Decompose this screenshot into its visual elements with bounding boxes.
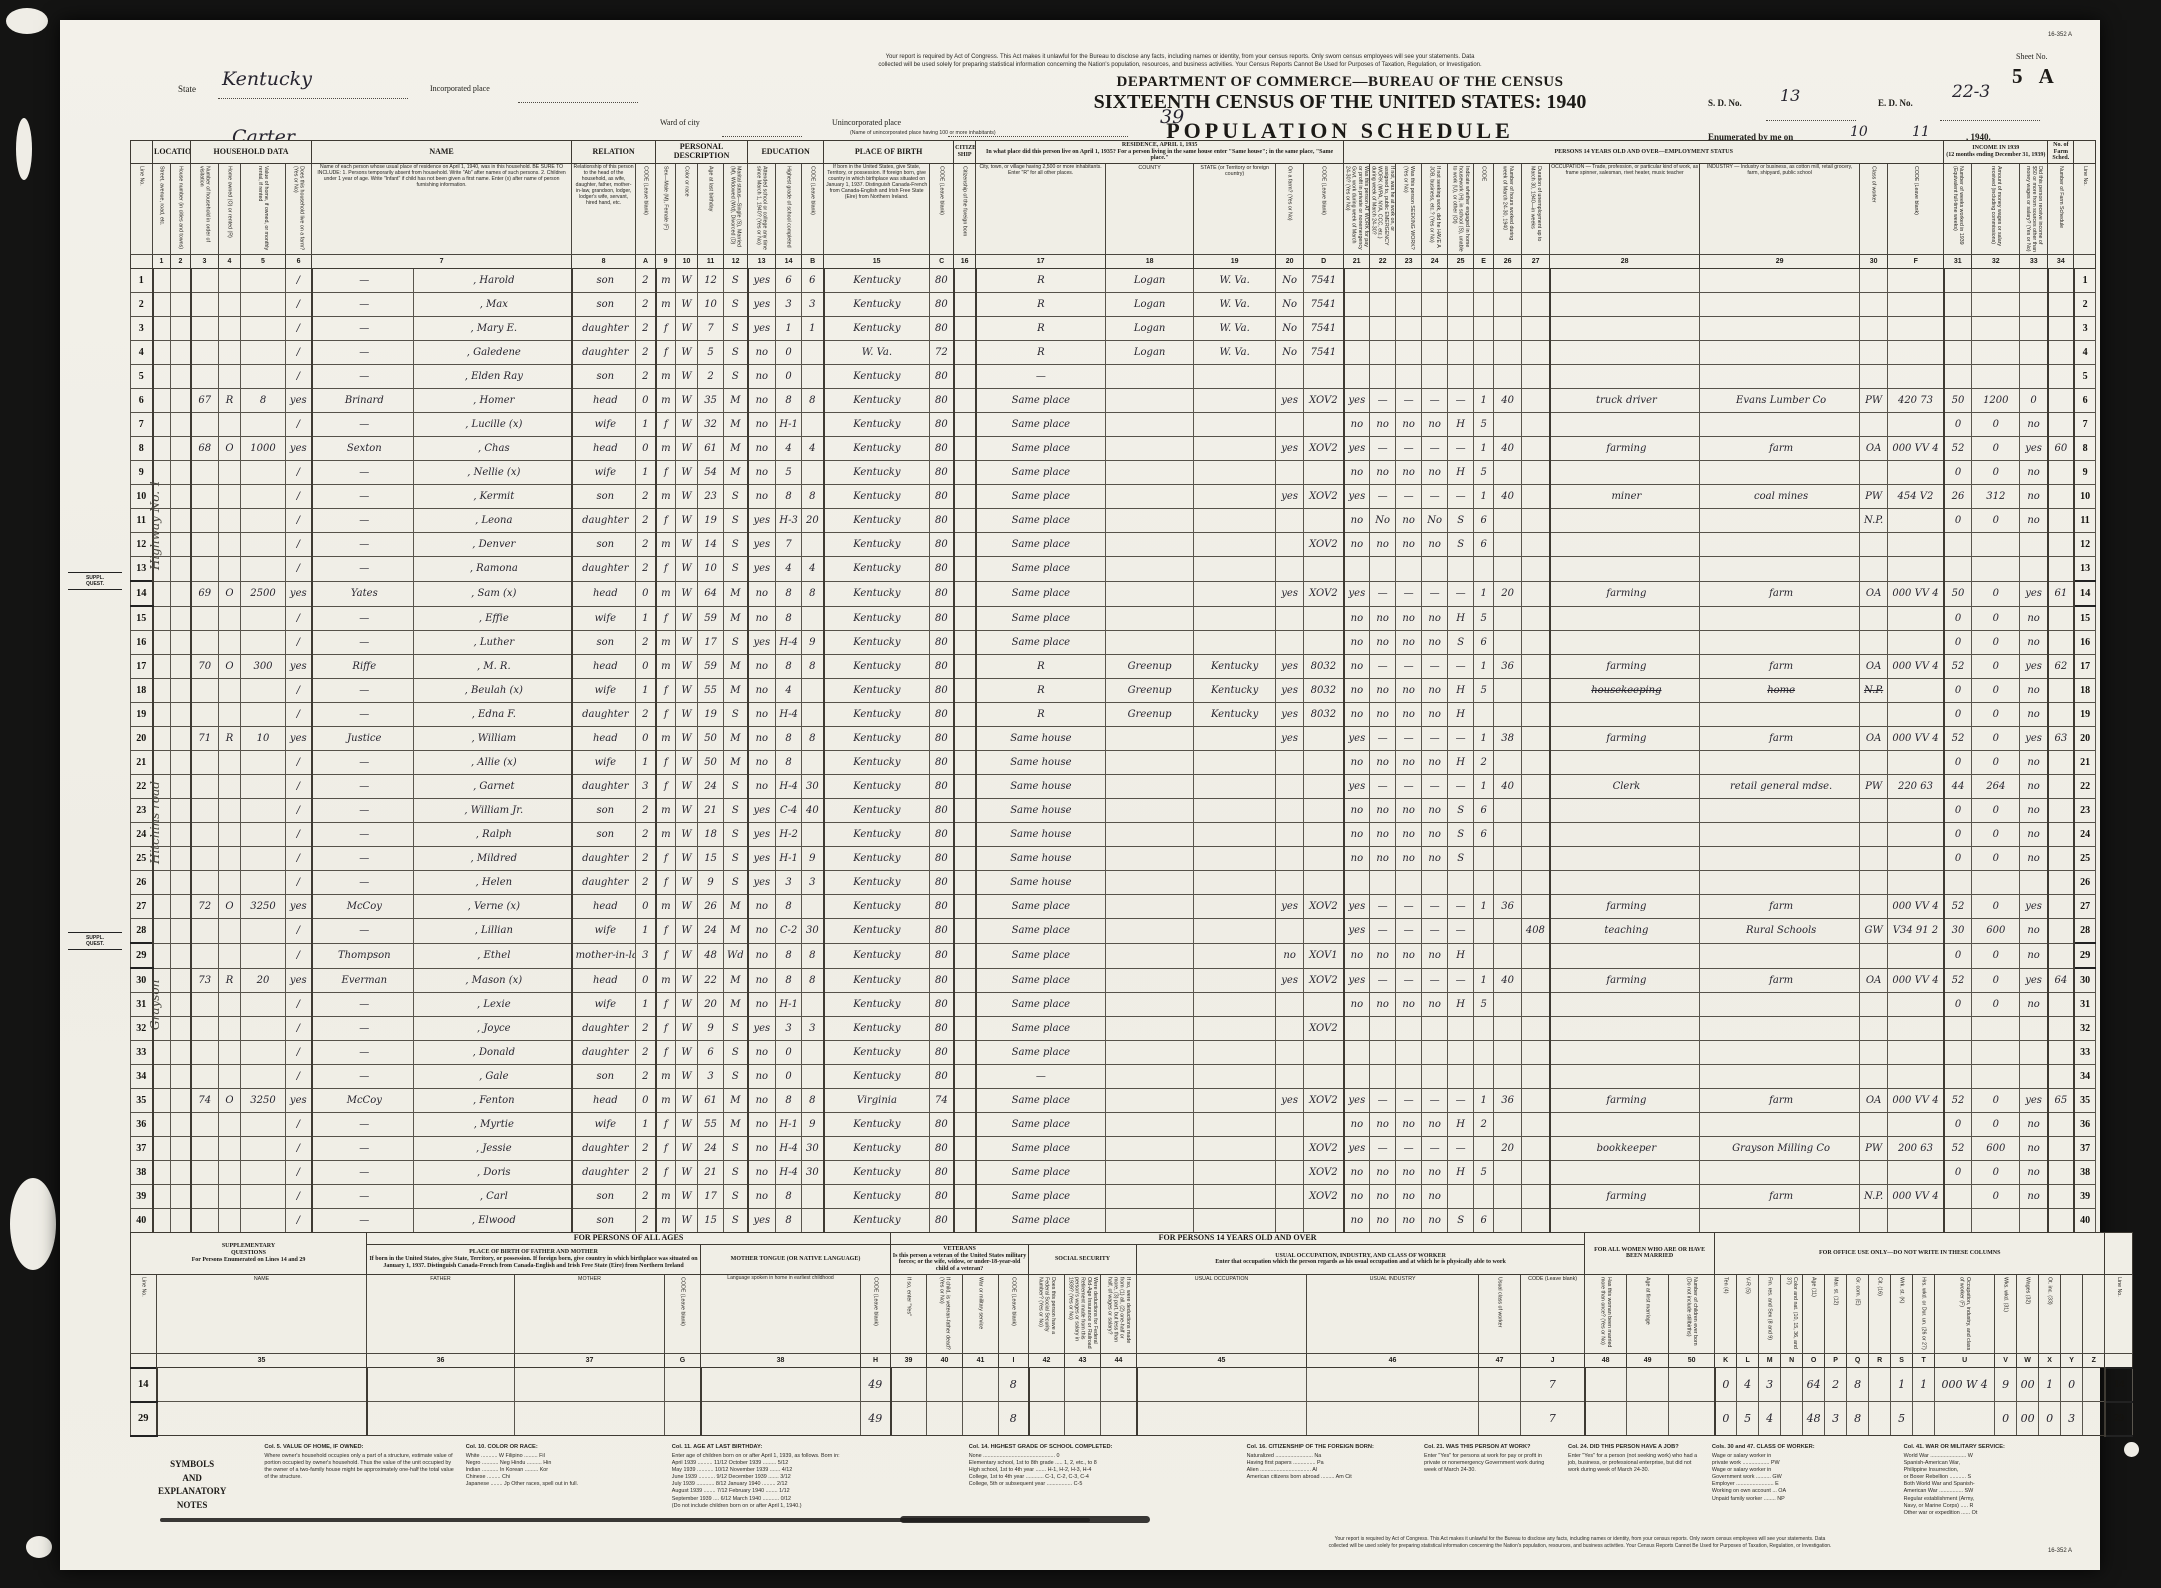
cell-cit — [954, 293, 976, 317]
cell-oth: no — [2020, 775, 2048, 799]
cell-race: W — [676, 679, 698, 703]
cell-ind: home — [1700, 679, 1860, 703]
cell-w2: no — [1370, 751, 1396, 775]
cell-cls: OA — [1860, 727, 1888, 751]
cell-L: 4 — [1737, 1368, 1759, 1402]
cell-cF — [1888, 461, 1944, 485]
cell-hn — [171, 847, 191, 871]
cell-sch: no — [748, 461, 776, 485]
cell-hh — [191, 1209, 219, 1233]
cell-fs — [2048, 1017, 2074, 1041]
cell-cA: 1 — [636, 461, 656, 485]
cell-w5 — [1448, 871, 1474, 895]
cell-oth: no — [2020, 461, 2048, 485]
cell-gr: C-4 — [776, 799, 802, 823]
column-number-c47: 47 — [1479, 1353, 1521, 1368]
cell-cA: 1 — [636, 413, 656, 437]
cell-ind — [1700, 751, 1860, 775]
cell-val — [241, 993, 286, 1017]
cell-cE: 1 — [1474, 581, 1494, 606]
cell-cA: 3 — [636, 775, 656, 799]
cell-res: Same place — [976, 968, 1106, 993]
cell-gr: 8 — [776, 727, 802, 751]
cell-race: W — [676, 1161, 698, 1185]
cell-w4: no — [1422, 847, 1448, 871]
cell-cD — [1304, 751, 1344, 775]
cell-dur — [1522, 365, 1550, 389]
cell-cC: 80 — [930, 823, 954, 847]
cell-w1: no — [1344, 943, 1370, 968]
cell-cA: 2 — [636, 533, 656, 557]
cell-bp: Kentucky — [824, 679, 930, 703]
cell-occ: Clerk — [1550, 775, 1700, 799]
cell-rel: son — [572, 269, 636, 293]
cell-cE: 6 — [1474, 631, 1494, 655]
cell-cD: XOV2 — [1304, 1185, 1344, 1209]
cell-M: 3 — [1759, 1368, 1781, 1402]
cell-w4 — [1422, 341, 1448, 365]
column-number-lnr — [2074, 255, 2096, 269]
cell-fm — [1276, 365, 1304, 389]
cell-cls: PW — [1860, 485, 1888, 509]
column-header-occ: OCCUPATION — Trade, profession, or parti… — [1550, 164, 1700, 255]
cell-w5: H — [1448, 606, 1474, 631]
cell-w3 — [1669, 1402, 1715, 1436]
cell-sur: — — [312, 823, 414, 847]
cell-sch: yes — [748, 871, 776, 895]
column-header-rel: Relationship of this person to the head … — [572, 164, 636, 255]
column-number-o45: 45 — [1137, 1353, 1307, 1368]
cell-sur: McCoy — [312, 1089, 414, 1113]
cell-cF — [1888, 533, 1944, 557]
cell-fs — [2048, 557, 2074, 582]
cell-w1: no — [1344, 823, 1370, 847]
cell-cC: 80 — [930, 1041, 954, 1065]
cell-cB — [802, 413, 824, 437]
cell-w1 — [1585, 1402, 1627, 1436]
cell-giv: , William — [414, 727, 572, 751]
cell-wag — [1972, 293, 2020, 317]
cell-w3: no — [1396, 751, 1422, 775]
cell-sur: — — [312, 1113, 414, 1137]
cell-w3: no — [1396, 847, 1422, 871]
cell-w1: no — [1344, 413, 1370, 437]
cell-sex: m — [656, 533, 676, 557]
cell-cF — [1888, 679, 1944, 703]
cell-cit — [954, 655, 976, 679]
cell-wag — [1972, 1017, 2020, 1041]
census-person-row: 4/—, Galedenedaughter2fW5Sno0W. Va.72RLo… — [131, 341, 2096, 365]
column-number-W: W — [2017, 1353, 2039, 1368]
cell-w3: — — [1396, 727, 1422, 751]
cell-own — [219, 919, 241, 944]
cell-bp: Kentucky — [824, 703, 930, 727]
cell-w5: H — [1448, 751, 1474, 775]
cell-st — [1194, 461, 1276, 485]
cell-cB: 30 — [802, 1161, 824, 1185]
cell-sch: no — [748, 751, 776, 775]
supplementary-row: 294987054483850000329 — [131, 1402, 2133, 1436]
census-person-row: 28/—, Lillianwife1fW24MnoC-230Kentucky80… — [131, 919, 2096, 944]
cell-K: 0 — [1715, 1368, 1737, 1402]
cell-giv: , Joyce — [414, 1017, 572, 1041]
cell-occ: farming — [1550, 1089, 1700, 1113]
cell-hrs — [1494, 1113, 1522, 1137]
column-group — [2105, 1233, 2133, 1275]
cell-giv: , Kermit — [414, 485, 572, 509]
cell-sch: yes — [748, 1209, 776, 1233]
cell-lnr: 20 — [2074, 727, 2096, 751]
cell-cC: 80 — [930, 655, 954, 679]
cell-sex: m — [656, 389, 676, 413]
cell-race: W — [676, 581, 698, 606]
cell-giv: , Mason (x) — [414, 968, 572, 993]
cell-dur — [1522, 775, 1550, 799]
cell-cE: 1 — [1474, 485, 1494, 509]
cell-I: 8 — [999, 1368, 1029, 1402]
column-header-J: CODE (Leave blank) — [1521, 1274, 1585, 1353]
cell-cF — [1888, 1041, 1944, 1065]
cell-race: W — [676, 823, 698, 847]
cell-w3 — [1396, 1065, 1422, 1089]
cell-gr: H-1 — [776, 993, 802, 1017]
cell-c47 — [1479, 1368, 1521, 1402]
column-number-res: 17 — [976, 255, 1106, 269]
cell-fm: no — [1276, 943, 1304, 968]
cell-hn — [171, 871, 191, 895]
cell-ind — [1700, 341, 1860, 365]
cell-sch: no — [748, 1161, 776, 1185]
cell-age: 12 — [698, 269, 724, 293]
cell-cls — [1860, 703, 1888, 727]
cell-fs — [2048, 413, 2074, 437]
cell-cB — [802, 823, 824, 847]
cell-w2 — [1370, 557, 1396, 582]
cell-cF: 420 73 — [1888, 389, 1944, 413]
cell-rel: wife — [572, 1113, 636, 1137]
cell-sur: Justice — [312, 727, 414, 751]
cell-cE: 1 — [1474, 1089, 1494, 1113]
legal-notice-bottom-line1: Your report is required by Act of Congre… — [1200, 1536, 1960, 1542]
cell-farm: / — [286, 679, 312, 703]
explanatory-notes: SYMBOLS AND EXPLANATORY NOTES Col. 5. VA… — [130, 1444, 2095, 1517]
column-number-w5: 25 — [1448, 255, 1474, 269]
cell-bp: Kentucky — [824, 1209, 930, 1233]
cell-wks: 50 — [1944, 389, 1972, 413]
sd-value: 13 — [1780, 86, 1800, 105]
column-number-i46: 46 — [1307, 1353, 1479, 1368]
cell-dur — [1522, 751, 1550, 775]
cell-fm — [1276, 775, 1304, 799]
cell-rel: daughter — [572, 509, 636, 533]
cell-fm: yes — [1276, 1089, 1304, 1113]
cell-fs — [2048, 1065, 2074, 1089]
cell-sex: m — [656, 1089, 676, 1113]
cell-wag: 312 — [1972, 485, 2020, 509]
street-name-grayson: Grayson — [148, 935, 162, 1075]
cell-occ — [1550, 703, 1700, 727]
cell-dur: 408 — [1522, 919, 1550, 944]
cell-sur: — — [312, 919, 414, 944]
cell-w4: — — [1422, 968, 1448, 993]
column-number-sex: 9 — [656, 255, 676, 269]
cell-own — [219, 606, 241, 631]
census-person-row: 12/—, Denverson2mW14Syes7Kentucky80Same … — [131, 533, 2096, 557]
cell-fs — [2048, 1113, 2074, 1137]
column-header-cA: CODE (Leave blank) — [636, 164, 656, 255]
column-number-cB: B — [802, 255, 824, 269]
cell-age: 54 — [698, 461, 724, 485]
cell-wag — [1972, 533, 2020, 557]
cell-sch: no — [748, 919, 776, 944]
cell-age: 9 — [698, 871, 724, 895]
cell-w1: yes — [1344, 581, 1370, 606]
cell-farm: / — [286, 533, 312, 557]
census-title: SIXTEENTH CENSUS OF THE UNITED STATES: 1… — [1040, 91, 1640, 114]
cell-w4: no — [1422, 606, 1448, 631]
form-number-top: 16-352 A — [2048, 32, 2072, 40]
cell-gr: 0 — [776, 365, 802, 389]
cell-sex: m — [656, 365, 676, 389]
cell-cB: 3 — [802, 293, 824, 317]
cell-wks: 50 — [1944, 581, 1972, 606]
cell-cF — [1888, 871, 1944, 895]
cell-occ — [1550, 533, 1700, 557]
cell-cls — [1860, 533, 1888, 557]
cell-wks — [1944, 1185, 1972, 1209]
cell-cA: 2 — [636, 365, 656, 389]
cell-hh — [191, 751, 219, 775]
cell-cE — [1474, 1041, 1494, 1065]
cell-sur: — — [312, 1185, 414, 1209]
cell-w2: no — [1370, 631, 1396, 655]
cell-oth — [2020, 269, 2048, 293]
column-number-race: 10 — [676, 255, 698, 269]
cell-cty — [1106, 993, 1194, 1017]
cell-cD: XOV2 — [1304, 533, 1344, 557]
cell-cE: 1 — [1474, 968, 1494, 993]
cell-st — [1194, 389, 1276, 413]
cell-N — [1781, 1368, 1803, 1402]
cell-w4 — [1422, 1017, 1448, 1041]
cell-hn — [171, 799, 191, 823]
cell-cB: 9 — [802, 847, 824, 871]
cell-w4: no — [1422, 993, 1448, 1017]
cell-ind — [1700, 823, 1860, 847]
cell-ind: farm — [1700, 727, 1860, 751]
cell-race: W — [676, 1209, 698, 1233]
cell-ind — [1700, 606, 1860, 631]
cell-cC: 80 — [930, 581, 954, 606]
cell-fs — [2048, 365, 2074, 389]
cell-gr: 8 — [776, 1089, 802, 1113]
cell-sch: no — [748, 679, 776, 703]
incorporated-place-label: Incorporated place — [430, 84, 490, 93]
cell-cit — [954, 1089, 976, 1113]
cell-hrs — [1494, 1041, 1522, 1065]
column-header-w3: Number of children ever born (Do not inc… — [1669, 1274, 1715, 1353]
cell-w3 — [1669, 1368, 1715, 1402]
column-number-cF: F — [1888, 255, 1944, 269]
cell-ind — [1700, 799, 1860, 823]
cell-fs — [2048, 293, 2074, 317]
cell-cA: 3 — [636, 943, 656, 968]
cell-hn — [171, 1209, 191, 1233]
cell-gr: 8 — [776, 895, 802, 919]
cell-mar: S — [724, 1161, 748, 1185]
cell-gr: 3 — [776, 1017, 802, 1041]
cell-s3 — [1101, 1402, 1137, 1436]
cell-mo — [515, 1402, 665, 1436]
cell-sur: — — [312, 485, 414, 509]
cell-cF: 000 VV 4 — [1888, 1089, 1944, 1113]
cell-cls — [1860, 631, 1888, 655]
cell-giv: , Lucille (x) — [414, 413, 572, 437]
cell-sex: f — [656, 317, 676, 341]
cell-cF — [1888, 1113, 1944, 1137]
cell-v3 — [963, 1402, 999, 1436]
cell-cls: OA — [1860, 968, 1888, 993]
enumeration-day: 10 — [1850, 124, 1868, 140]
cell-hn — [171, 1089, 191, 1113]
cell-w3: — — [1396, 968, 1422, 993]
cell-w4: no — [1422, 461, 1448, 485]
cell-res: Same place — [976, 919, 1106, 944]
column-header-fs: Number of Farm Schedule — [2048, 164, 2074, 255]
cell-w1: yes — [1344, 727, 1370, 751]
street-name-hitchins: Hitchins road — [148, 720, 162, 925]
cell-cF — [1888, 993, 1944, 1017]
cell-w5 — [1448, 269, 1474, 293]
cell-fm: yes — [1276, 655, 1304, 679]
scan-artifact — [16, 118, 32, 180]
cell-lnr: 32 — [2074, 1017, 2096, 1041]
cell-w1 — [1344, 341, 1370, 365]
cell-cit — [954, 437, 976, 461]
cell-hh — [191, 943, 219, 968]
cell-wag: 0 — [1972, 437, 2020, 461]
column-header-H: CODE (Leave blank) — [861, 1274, 891, 1353]
column-number-hn: 2 — [171, 255, 191, 269]
cell-race: W — [676, 437, 698, 461]
cell-wks: 0 — [1944, 799, 1972, 823]
cell-cA: 2 — [636, 485, 656, 509]
cell-wks: 0 — [1944, 413, 1972, 437]
cell-res: Same place — [976, 1209, 1106, 1233]
cell-cit — [954, 509, 976, 533]
cell-cD — [1304, 1209, 1344, 1233]
cell-bp: Kentucky — [824, 727, 930, 751]
cell-w1: no — [1344, 993, 1370, 1017]
cell-w1: no — [1344, 533, 1370, 557]
cell-race: W — [676, 269, 698, 293]
scanned-census-page: 16-352 A Your report is required by Act … — [0, 0, 2161, 1588]
cell-hrs: 20 — [1494, 581, 1522, 606]
cell-w4: no — [1422, 943, 1448, 968]
cell-hrs — [1494, 703, 1522, 727]
cell-st — [1194, 1137, 1276, 1161]
cell-fs — [2048, 993, 2074, 1017]
cell-cB: 8 — [802, 727, 824, 751]
cell-oth — [2020, 1065, 2048, 1089]
cell-hrs — [1494, 679, 1522, 703]
cell-w1 — [1344, 1065, 1370, 1089]
cell-bp: Kentucky — [824, 293, 930, 317]
cell-wag: 0 — [1972, 895, 2020, 919]
cell-bp: Kentucky — [824, 317, 930, 341]
column-header-V: Wks. wkd. (31) — [1995, 1274, 2017, 1353]
cell-cA: 2 — [636, 557, 656, 582]
cell-cA: 1 — [636, 751, 656, 775]
cell-race: W — [676, 727, 698, 751]
cell-cit — [954, 919, 976, 944]
cell-cls — [1860, 943, 1888, 968]
cell-cC: 80 — [930, 993, 954, 1017]
cell-rel: daughter — [572, 341, 636, 365]
cell-bp: Kentucky — [824, 968, 930, 993]
note-block-8: Cols. 30 and 47. CLASS OF WORKER:Wage or… — [1712, 1444, 1894, 1517]
cell-cC: 74 — [930, 1089, 954, 1113]
cell-hh — [191, 461, 219, 485]
cell-cC: 80 — [930, 437, 954, 461]
cell-w1: no — [1344, 1185, 1370, 1209]
cell-cit — [954, 317, 976, 341]
cell-cC: 80 — [930, 485, 954, 509]
cell-st: W. Va. — [1194, 269, 1276, 293]
cell-fs — [2048, 631, 2074, 655]
cell-sur: — — [312, 341, 414, 365]
cell-cC: 80 — [930, 727, 954, 751]
column-number-X: X — [2039, 1353, 2061, 1368]
column-group: RELATION — [572, 141, 656, 164]
cell-cA: 2 — [636, 1161, 656, 1185]
cell-mar: M — [724, 606, 748, 631]
cell-age: 21 — [698, 799, 724, 823]
cell-cit — [954, 1065, 976, 1089]
cell-mar: M — [724, 413, 748, 437]
cell-own: O — [219, 895, 241, 919]
cell-own — [219, 557, 241, 582]
cell-sch: no — [748, 727, 776, 751]
cell-w3: — — [1396, 581, 1422, 606]
cell-age: 61 — [698, 437, 724, 461]
cell-wks: 0 — [1944, 847, 1972, 871]
cell-ln: 37 — [131, 1137, 153, 1161]
cell-cC: 72 — [930, 341, 954, 365]
cell-val — [241, 557, 286, 582]
cell-st — [1194, 1161, 1276, 1185]
cell-w1: no — [1344, 703, 1370, 727]
cell-sch: yes — [748, 631, 776, 655]
cell-sex: m — [656, 655, 676, 679]
cell-cB — [802, 751, 824, 775]
cell-cD: XOV1 — [1304, 943, 1344, 968]
cell-hh — [191, 871, 219, 895]
cell-mar: M — [724, 727, 748, 751]
cell-age: 22 — [698, 968, 724, 993]
cell-ind: farm — [1700, 581, 1860, 606]
cell-lnr: 21 — [2074, 751, 2096, 775]
note-title: Col. 5. VALUE OF HOME, IF OWNED: — [264, 1444, 455, 1451]
cell-sex: f — [656, 847, 676, 871]
cell-cF: 000 VV 4 — [1888, 727, 1944, 751]
cell-age: 14 — [698, 533, 724, 557]
cell-mar: S — [724, 1137, 748, 1161]
cell-rel: head — [572, 1089, 636, 1113]
cell-hrs — [1494, 1065, 1522, 1089]
cell-occ — [1550, 943, 1700, 968]
cell-st — [1194, 581, 1276, 606]
